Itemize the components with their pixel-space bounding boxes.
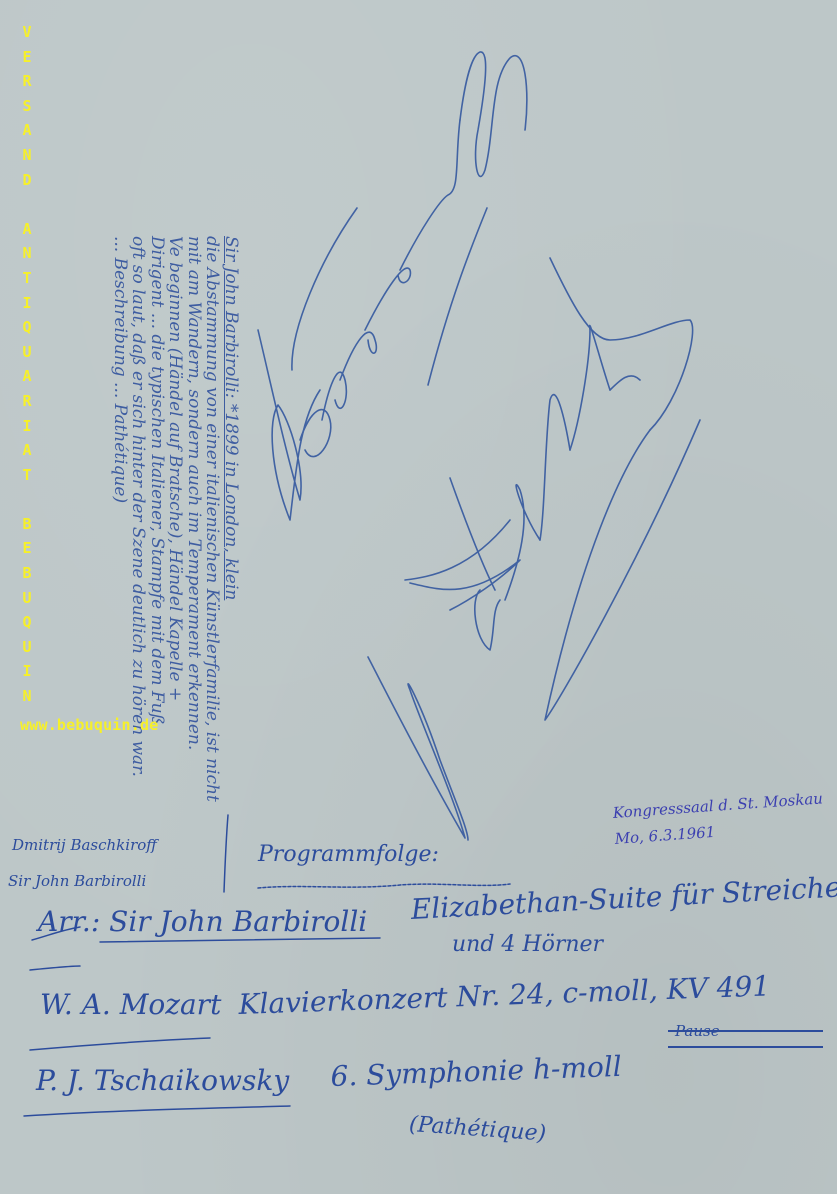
watermark-letter: A: [22, 217, 31, 242]
watermark-letter: I: [22, 291, 31, 316]
watermark-letter: T: [22, 266, 31, 291]
watermark-letter: R: [22, 389, 31, 414]
watermark-letter: U: [22, 635, 31, 660]
watermark-letter: I: [22, 659, 31, 684]
watermark-letter: A: [22, 364, 31, 389]
watermark-letter: E: [22, 45, 31, 70]
program-heading: Programmfolge:: [258, 842, 439, 867]
watermark-letter: E: [22, 536, 31, 561]
watermark-vertical: V E R S A N D A N T I Q U A R I A T B E …: [18, 20, 36, 709]
watermark-letter: I: [22, 414, 31, 439]
program-item-1-work-line2: und 4 Hörner: [452, 932, 603, 957]
watermark-letter: U: [22, 340, 31, 365]
watermark-letter: Q: [22, 610, 31, 635]
watermark-letter: N: [22, 143, 31, 168]
program-item-2-composer: W. A. Mozart: [40, 988, 221, 1021]
watermark-letter: N: [22, 241, 31, 266]
watermark-letter: B: [22, 561, 31, 586]
program-item-1-composer: Arr.: Sir John Barbirolli: [38, 905, 367, 938]
watermark-letter: T: [22, 463, 31, 488]
watermark-letter: R: [22, 69, 31, 94]
watermark-letter: U: [22, 586, 31, 611]
watermark-letter: A: [22, 118, 31, 143]
watermark-letter: V: [22, 20, 31, 45]
watermark-letter: D: [22, 168, 31, 193]
watermark-url: www.bebuquin.de: [20, 716, 158, 734]
watermark-letter: A: [22, 438, 31, 463]
watermark-letter: S: [22, 94, 31, 119]
watermark-letter: N: [22, 684, 31, 709]
watermark-letter: B: [22, 512, 31, 537]
watermark-letter: Q: [22, 315, 31, 340]
program-item-3-composer: P. J. Tschaikowsky: [36, 1064, 289, 1097]
pause-label: Pause: [675, 1022, 720, 1040]
